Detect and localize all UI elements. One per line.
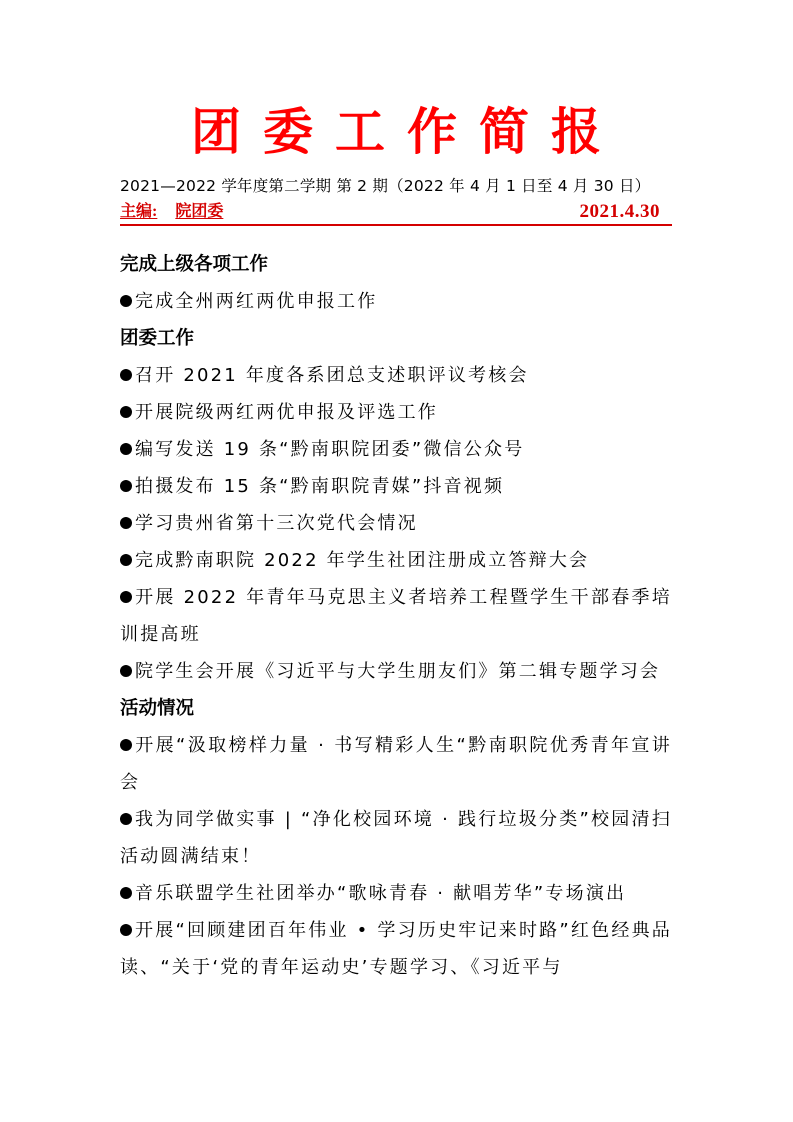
bullet-icon <box>120 554 132 566</box>
bullet-icon <box>120 517 132 529</box>
editor-info: 主编:院团委 <box>120 200 223 224</box>
bullet-icon <box>120 924 132 936</box>
list-item: 开展“回顾建团百年伟业 • 学习历史牢记来时路”红色经典品读、“关于‘党的青年运… <box>120 912 672 986</box>
list-item: 院学生会开展《习近平与大学生朋友们》第二辑专题学习会 <box>120 653 672 690</box>
list-item: 开展院级两红两优申报及评选工作 <box>120 394 672 431</box>
bullet-icon <box>120 443 132 455</box>
list-item-text: 音乐联盟学生社团举办“歌咏青春 · 献唱芳华”专场演出 <box>135 883 626 904</box>
editor-name: 院团委 <box>175 203 223 220</box>
list-item: 召开 2021 年度各系团总支述职评议考核会 <box>120 357 672 394</box>
editor-label: 主编: <box>120 203 157 220</box>
list-item-text: 开展 2022 年青年马克思主义者培养工程暨学生干部春季培训提高班 <box>120 587 672 645</box>
newsletter-title: 团委工作简报 <box>120 100 672 164</box>
list-item-text: 编写发送 19 条“黔南职院团委”微信公众号 <box>135 439 524 460</box>
list-item-text: 院学生会开展《习近平与大学生朋友们》第二辑专题学习会 <box>135 661 660 682</box>
bullet-icon <box>120 591 132 603</box>
newsletter-body: 完成上级各项工作 完成全州两红两优申报工作 团委工作 召开 2021 年度各系团… <box>120 246 672 986</box>
list-item: 音乐联盟学生社团举办“歌咏青春 · 献唱芳华”专场演出 <box>120 875 672 912</box>
list-item-text: 开展院级两红两优申报及评选工作 <box>135 402 438 423</box>
list-item: 开展“汲取榜样力量 · 书写精彩人生“黔南职院优秀青年宣讲会 <box>120 727 672 801</box>
bullet-icon <box>120 369 132 381</box>
issue-subtitle: 2021—2022 学年度第二学期 第 2 期（2022 年 4 月 1 日至 … <box>120 174 680 198</box>
bullet-icon <box>120 739 132 751</box>
list-item-text: 开展“回顾建团百年伟业 • 学习历史牢记来时路”红色经典品读、“关于‘党的青年运… <box>120 920 672 978</box>
list-item-text: 召开 2021 年度各系团总支述职评议考核会 <box>135 365 529 386</box>
list-item-text: 学习贵州省第十三次党代会情况 <box>135 513 418 534</box>
list-item-text: 开展“汲取榜样力量 · 书写精彩人生“黔南职院优秀青年宣讲会 <box>120 735 672 793</box>
newsletter-page: 团委工作简报 2021—2022 学年度第二学期 第 2 期（2022 年 4 … <box>0 0 793 1122</box>
editor-line: 主编:院团委 2021.4.30 <box>120 200 672 226</box>
list-item: 学习贵州省第十三次党代会情况 <box>120 505 672 542</box>
section-heading-superior-tasks: 完成上级各项工作 <box>120 246 672 283</box>
bullet-icon <box>120 665 132 677</box>
bullet-icon <box>120 480 132 492</box>
section-heading-activities: 活动情况 <box>120 690 672 727</box>
list-item: 拍摄发布 15 条“黔南职院青媒”抖音视频 <box>120 468 672 505</box>
list-item-text: 完成黔南职院 2022 年学生社团注册成立答辩大会 <box>135 550 589 571</box>
list-item: 完成全州两红两优申报工作 <box>120 283 672 320</box>
list-item: 开展 2022 年青年马克思主义者培养工程暨学生干部春季培训提高班 <box>120 579 672 653</box>
list-item: 编写发送 19 条“黔南职院团委”微信公众号 <box>120 431 672 468</box>
bullet-icon <box>120 406 132 418</box>
bullet-icon <box>120 887 132 899</box>
list-item-text: 拍摄发布 15 条“黔南职院青媒”抖音视频 <box>135 476 504 497</box>
list-item-text: 我为同学做实事 | “净化校园环境 · 践行垃圾分类”校园清扫活动圆满结束！ <box>120 809 672 867</box>
issue-date: 2021.4.30 <box>580 200 661 224</box>
list-item: 我为同学做实事 | “净化校园环境 · 践行垃圾分类”校园清扫活动圆满结束！ <box>120 801 672 875</box>
list-item: 完成黔南职院 2022 年学生社团注册成立答辩大会 <box>120 542 672 579</box>
section-heading-league-work: 团委工作 <box>120 320 672 357</box>
list-item-text: 完成全州两红两优申报工作 <box>135 291 377 312</box>
bullet-icon <box>120 813 132 825</box>
bullet-icon <box>120 295 132 307</box>
